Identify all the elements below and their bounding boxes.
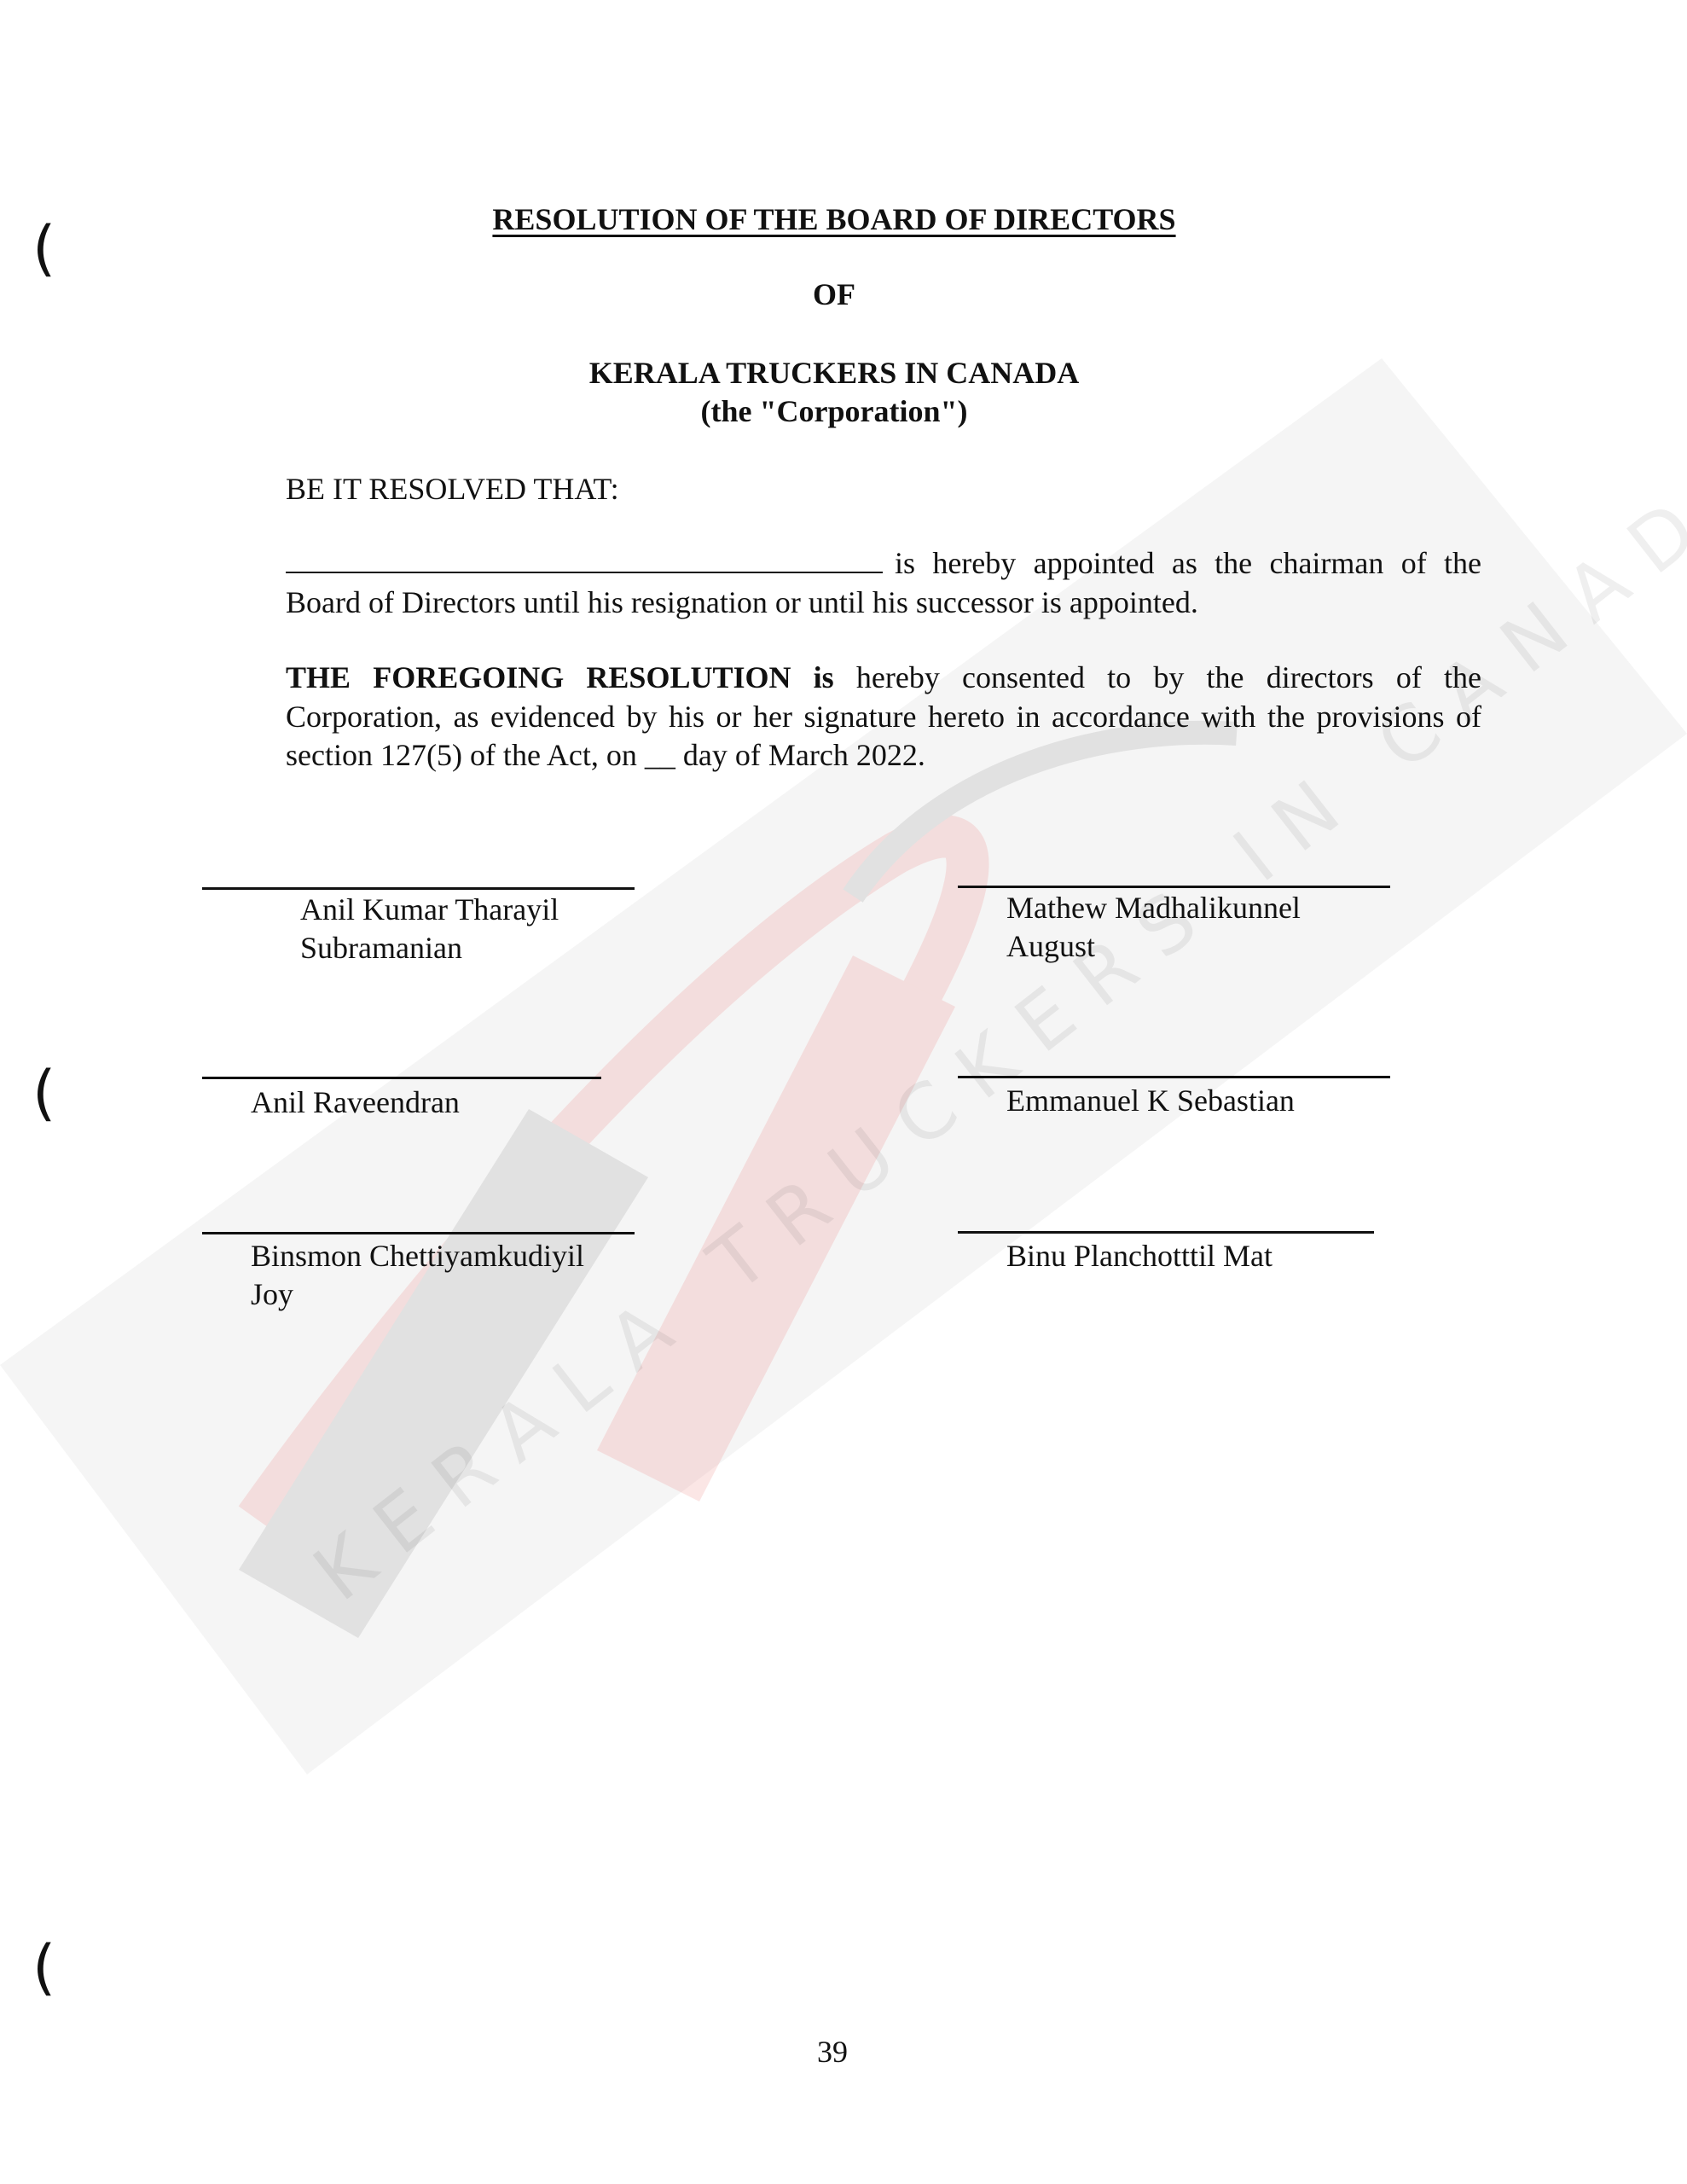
- signature-line[interactable]: [958, 886, 1390, 888]
- corporation-alias: (the "Corporation"): [701, 393, 968, 429]
- signature-line[interactable]: [202, 1232, 635, 1234]
- signatory-name: Mathew MadhalikunnelAugust: [1006, 889, 1301, 966]
- punch-hole-mark: (: [32, 1058, 55, 1128]
- punch-hole-mark: (: [32, 213, 55, 283]
- signatory-name: Binsmon ChettiyamkudiyilJoy: [251, 1237, 584, 1314]
- foregoing-bold: THE FOREGOING RESOLUTION is: [286, 660, 834, 694]
- signature-line[interactable]: [958, 1076, 1390, 1078]
- foregoing-paragraph: THE FOREGOING RESOLUTION is hereby conse…: [286, 659, 1481, 775]
- signature-line[interactable]: [202, 1077, 601, 1079]
- punch-hole-mark: (: [32, 1932, 55, 2002]
- of-heading: OF: [813, 276, 855, 312]
- page-number: 39: [817, 2034, 848, 2070]
- corporation-name: KERALA TRUCKERS IN CANADA: [589, 355, 1079, 391]
- document-title: RESOLUTION OF THE BOARD OF DIRECTORS: [492, 201, 1175, 237]
- chairman-name-blank[interactable]: [286, 546, 883, 573]
- signatory-name: Anil Kumar TharayilSubramanian: [300, 891, 559, 967]
- resolved-intro: BE IT RESOLVED THAT:: [286, 470, 619, 508]
- appointment-line1: is hereby appointed as the chairman of t…: [895, 544, 1481, 584]
- appointment-line2: Board of Directors until his resignation…: [286, 584, 1481, 623]
- signatory-name: Binu Planchotttil Mat: [1006, 1237, 1272, 1275]
- appointment-paragraph: is hereby appointed as the chairman of t…: [286, 544, 1481, 622]
- signature-line[interactable]: [958, 1231, 1374, 1234]
- signatory-name: Anil Raveendran: [251, 1083, 460, 1122]
- signatory-name: Emmanuel K Sebastian: [1006, 1082, 1295, 1120]
- signature-line[interactable]: [202, 887, 635, 890]
